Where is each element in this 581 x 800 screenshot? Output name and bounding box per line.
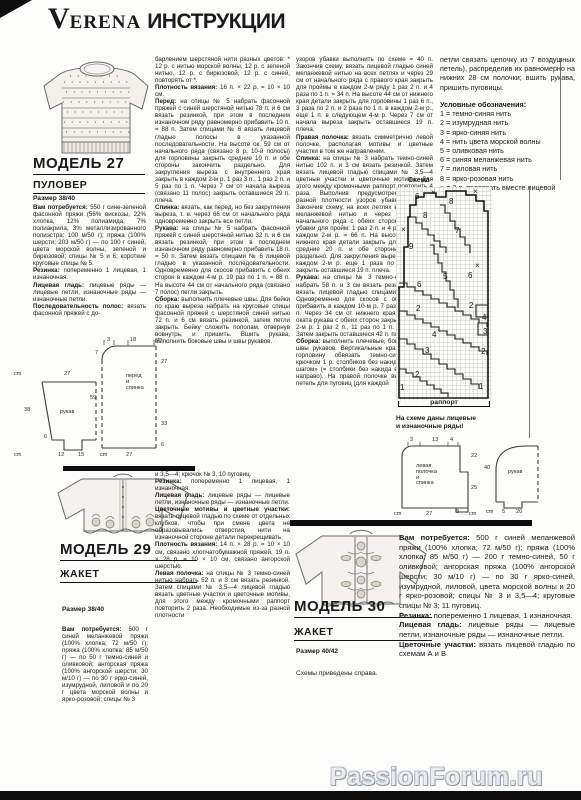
measure-label: × [431,190,436,196]
measure-label: cm [394,512,401,518]
paragraph: Лицевая гладь: лицевые ряды — лицевые пе… [33,282,146,303]
measure-label: 8 [449,199,453,205]
paragraph: Лицевая гладь: лицевые ряды — лицевые пе… [399,620,575,639]
paragraph: Вам потребуется: 500 г синей меланжевой … [62,626,148,704]
measure-label: 3 [410,438,413,444]
measure-label: × [401,227,406,233]
measure-label: 2 [481,349,485,355]
legend-item: 2 = изумрудная нить [440,118,575,127]
measure-label: 18 [130,338,136,344]
measure-label: 3 [425,348,429,354]
model27-column1: Вам потребуется: 550 г сине-зеленой фасо… [33,204,146,338]
paragraph: и 3,5—4; крючок № 3, 10 пуговиц. [155,471,290,478]
measure-label: 2 [469,303,473,309]
measure-label: 3 [483,329,487,335]
measure-label: 27 [126,453,132,459]
paragraph: Перед: на спицы № 5 набрать фасонной пря… [155,98,290,204]
scan-line-upper [560,58,561,180]
measure-label: 3 [107,338,110,344]
measure-label: 40 [484,466,490,472]
measure-label: cm [14,372,21,378]
measure-label: 7 [455,228,459,234]
legend-item: 5 = оливковая нить [440,146,575,155]
masthead: VERENAИНСТРУКЦИИ [48,2,285,36]
paragraph: Резинка: попеременно 1 лицевая, 1 изнано… [33,267,146,281]
legend-item: 1 = темно-синяя нить [440,109,575,118]
measure-label: 2 [416,306,420,312]
measure-label: 12 [58,453,64,459]
section-divider-model30 [290,520,532,526]
paragraph: Вам потребуется: 500 г синей меланжевой … [399,533,575,611]
paragraph: Последовательность полос: вязать фасонно… [33,303,146,317]
scan-corner-mark [0,0,34,20]
measure-label: 2 [415,372,419,378]
paragraph: Рукава: на спицы № 5 набрать фасонной пр… [155,225,290,295]
measure-label: 6 [44,435,47,441]
measure-label: 6 [468,273,472,279]
sweater-illustration-model27 [40,46,154,158]
paragraph: Плотность вязания: 16 п. × 22 р. = 10 × … [155,84,290,98]
measure-label: 9 [409,244,413,250]
scan-line-lower [529,186,530,438]
model29-column4: петли связать цепочку из 7 воздушных пет… [440,55,575,101]
paragraph: Вам потребуется: 550 г сине-зеленой фасо… [33,204,146,267]
paragraph: Резинка: попеременно 1 лицевая, 1 изнано… [399,611,575,621]
measure-label: cm [469,512,476,518]
measure-label: 13 [432,438,438,444]
schematic-model30: 3134левая полочка и спинка2225273cmcm40р… [396,440,576,520]
measure-label: × [473,189,478,195]
legend-item: 8 = ярко-розовая нить [440,174,575,183]
measure-label: 8 [423,213,427,219]
legend-items: 1 = темно-синяя нить2 = изумрудная нить3… [440,109,575,192]
measure-label: 4 [482,315,486,321]
magazine-page: VERENAИНСТРУКЦИИ МОДЕЛЬ 27 ПУЛОВЕР Разме… [0,0,581,800]
measure-label: 27 [426,512,432,518]
piece-label: перед и спинка [126,374,144,391]
piece-label: рукав [60,410,75,416]
model30-size: Размер 40/42 [296,648,338,655]
measure-label: 15 [78,453,84,459]
model30-note: Схемы приведены справа. [296,670,378,677]
measure-label: cm [486,510,493,516]
measure-label: 6 [415,194,419,200]
measure-label: 59 [90,396,96,402]
piece-label: левая полочка и спинка [416,464,437,487]
paragraph: петли связать цепочку из 7 воздушных пет… [440,55,575,92]
measure-label: 1 [479,384,483,390]
model29-column1: Вам потребуется: 500 г синей меланжевой … [62,626,148,704]
measure-label: cm [100,453,107,459]
paragraph: Правая полочка: вязать симметрично левой… [296,134,433,155]
measure-label: 5 [443,274,447,280]
knitting-chart: 6××887×9×6562243432211 [396,187,492,401]
model27-subheading: ПУЛОВЕР [33,179,145,194]
model27-size: Размер 38/40 [33,195,75,202]
measure-label: 4 [432,332,436,338]
measure-label: 5 [502,510,505,516]
measure-label: 1 [400,385,404,391]
paragraph: Плотность вязания: 14 п. × 28 р. = 10 × … [155,541,290,569]
legend-item: 4 = нить цвета морской волны [440,137,575,146]
measure-label: 6 [417,282,421,288]
watermark: PassionForum.ru [235,763,543,792]
brand-initial: V [48,2,70,35]
measure-label: × [475,263,480,269]
chart-note: На схеме даны лицевые и изнаночные ряды! [396,415,506,430]
legend-item: 7 = лиловая нить [440,164,575,173]
paragraph: Лицевая гладь: лицевые ряды — лицевые пе… [155,492,290,506]
paragraph: барлением шерстяной нити разных цветов: … [155,56,290,84]
paragraph: Цветочные участки: вязать лицевой гладью… [399,640,575,659]
rapport-label: раппорт [427,399,461,406]
page-bottom-bar [0,791,581,800]
measure-label: 25 [471,486,477,492]
paragraph: Сборка: выполнить плечевые швы. Для бейк… [155,296,290,345]
model29-size: Размер 38/40 [62,606,104,613]
paragraph: узоров убавки выполнить по схеме = 40 п.… [296,56,433,134]
chart-title: Схема [408,177,430,184]
piece-label: рукав [508,470,523,476]
measure-label: 7 [95,351,98,357]
legend-item: 6 = синяя меланжевая нить [440,155,575,164]
model27-column2: барлением шерстяной нити разных цветов: … [155,56,290,462]
model29-column2: и 3,5—4; крючок № 3, 10 пуговиц.Резинка:… [155,471,290,669]
measure-label: 27 [64,372,70,378]
measure-label: 38 [24,408,30,414]
measure-label: 20 [516,510,522,516]
paragraph: Резинка: попеременно 1 лицевая, 1 изнано… [155,478,290,492]
rapport-bracket: раппорт [398,401,490,407]
color-legend: Условные обозначения: 1 = темно-синяя ни… [440,100,575,192]
measure-label: 4 [450,438,453,444]
measure-label: 22 [471,454,477,460]
legend-item: 3 = ярко-синяя нить [440,128,575,137]
legend-title: Условные обозначения: [440,100,575,109]
model27-heading: МОДЕЛЬ 27 [33,155,145,175]
page-title: ИНСТРУКЦИИ [147,10,285,33]
brand-name: ERENA [70,12,142,33]
measure-label: 3 [456,510,459,516]
paragraph: Цветочные мотивы и цветные участки: вяза… [155,506,290,541]
measure-label: cm [14,453,21,459]
paragraph: Спинка: вязать, как перед, но без закруг… [155,204,290,225]
model30-column4: Вам потребуется: 500 г синей меланжевой … [399,533,575,677]
paragraph: Левая полочка: на спицы № 3 темно-синей … [155,570,290,619]
